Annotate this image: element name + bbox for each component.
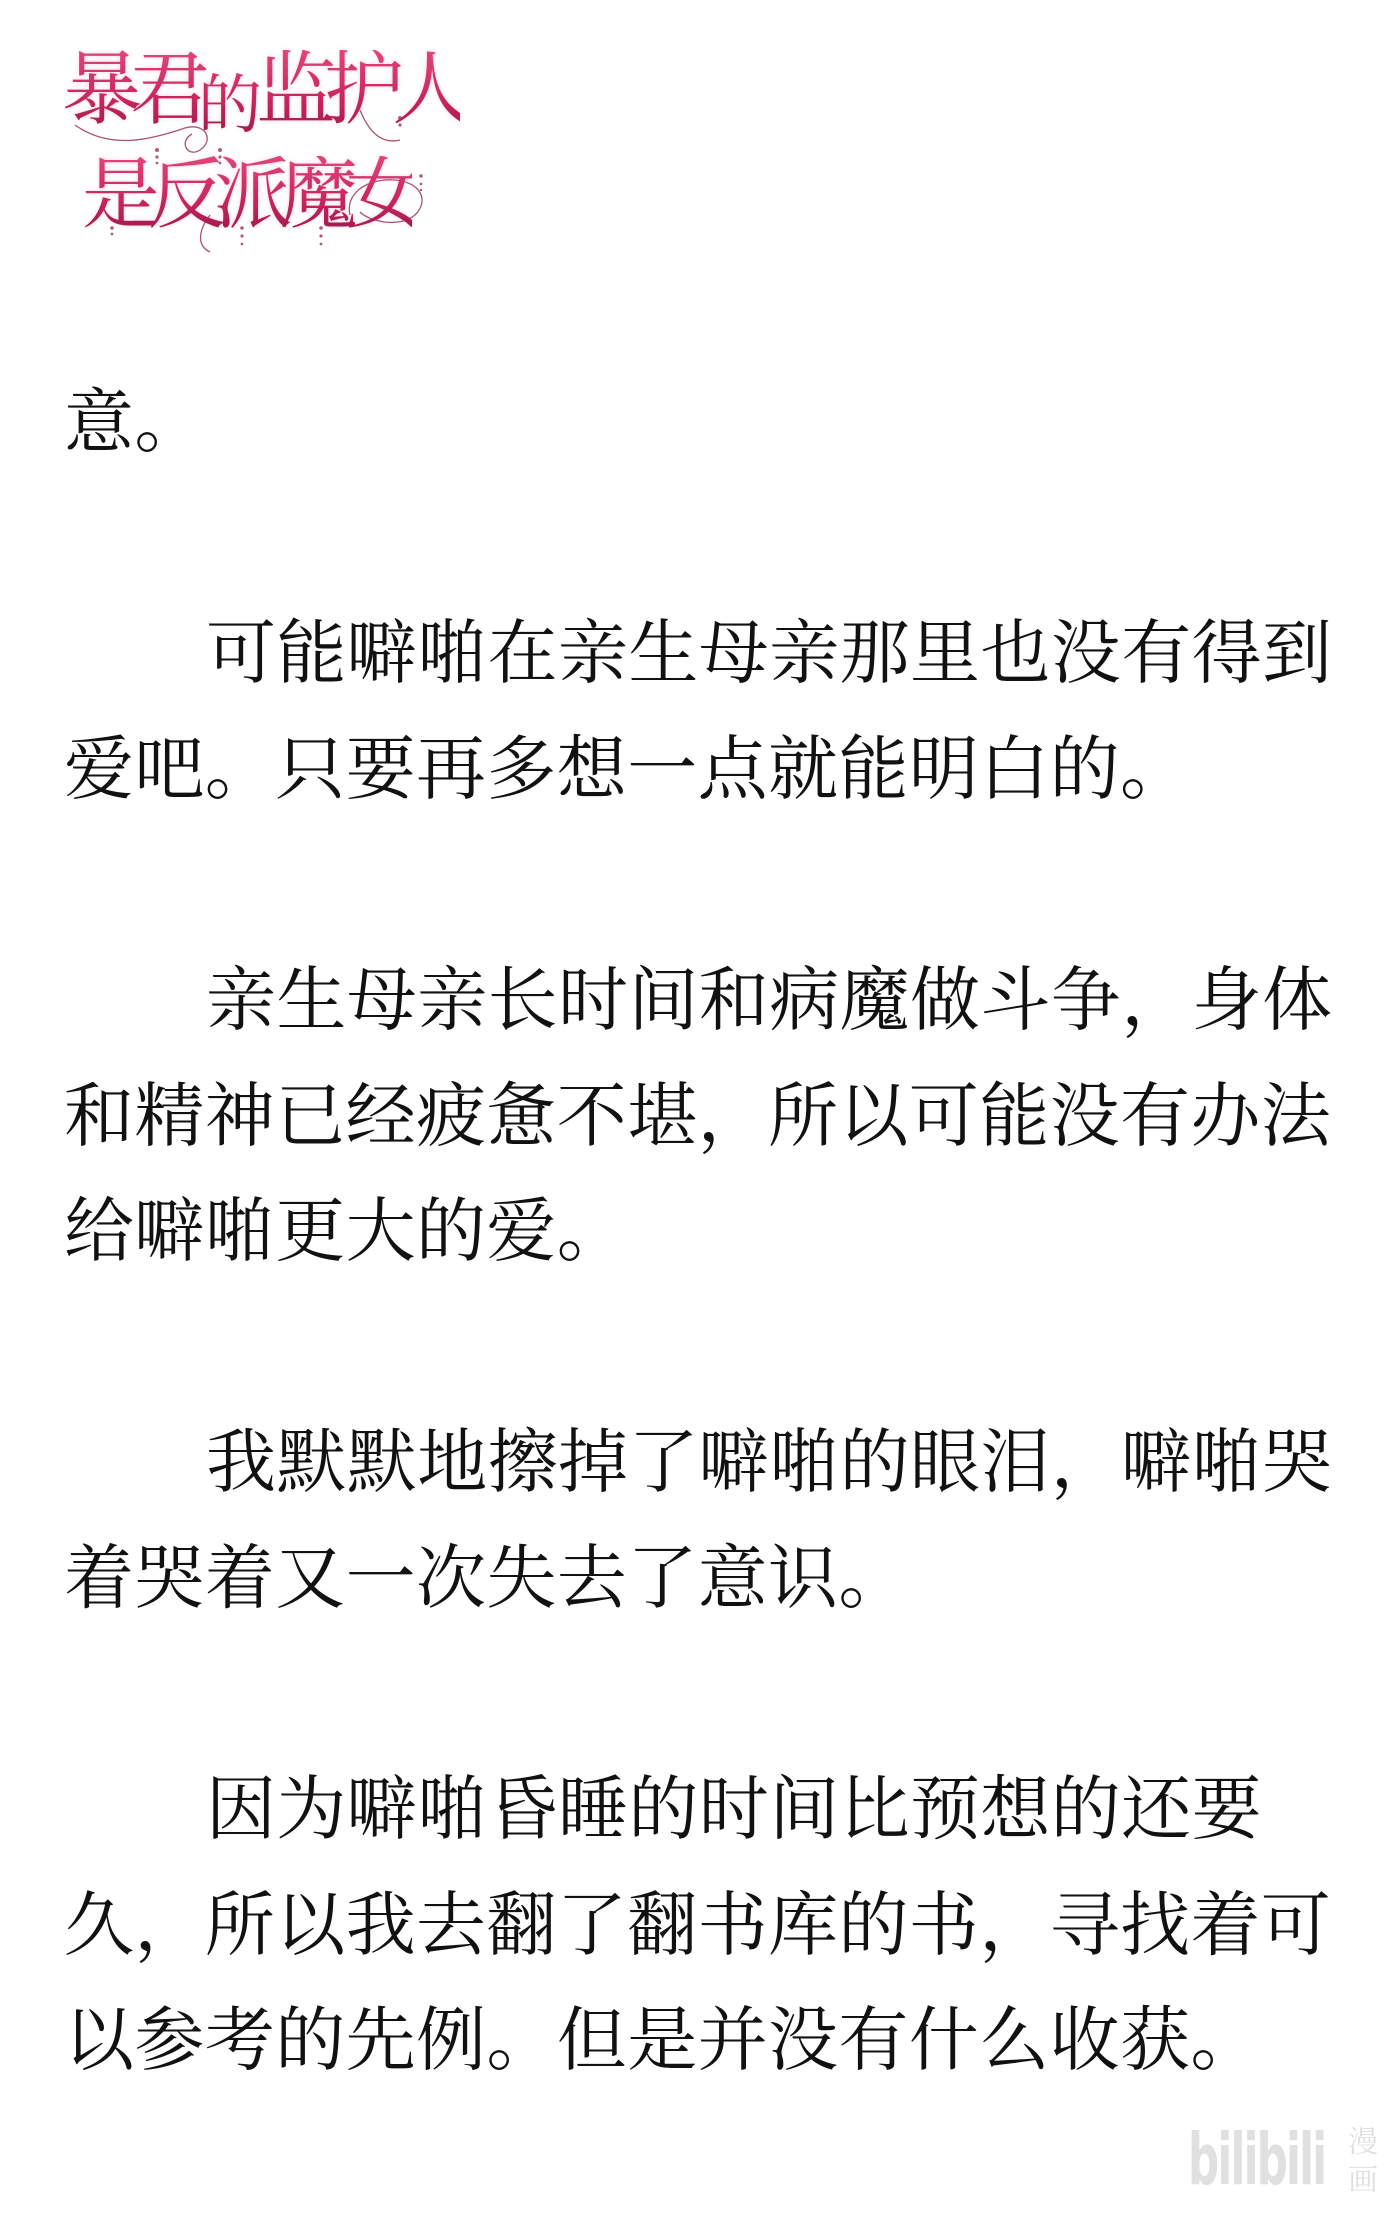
logo-text: 监护人 [256, 43, 460, 136]
watermark-brand: bilibili [1188, 2124, 1325, 2195]
logo-text: 暴君 [62, 43, 198, 136]
paragraph-line: 我默默地擦掉了噼啪的眼泪，噼啪哭 [64, 1405, 1364, 1521]
paragraph-line: 可能噼啪在亲生母亲那里也没有得到 [64, 596, 1364, 712]
bilibili-manga-watermark-icon: bilibili 漫 画 [1186, 2118, 1386, 2198]
paragraph-line: 亲生母亲长时间和病魔做斗争，身体 [64, 943, 1364, 1059]
paragraph: 意。 [64, 365, 1364, 481]
logo-title-line-2: 是反派魔女 [82, 156, 412, 234]
watermark-suffix-top: 漫 [1346, 2124, 1380, 2162]
paragraph: 因为噼啪昏睡的时间比预想的还要 久，所以我去翻了翻书库的书，寻找着可 以参考的先… [64, 1752, 1364, 2099]
logo-text-small: 的 [198, 69, 256, 143]
story-text: 意。 可能噼啪在亲生母亲那里也没有得到 爱吧。只要再多想一点就能明白的。 亲生母… [64, 365, 1364, 2099]
paragraph-line: 给噼啪更大的爱。 [64, 1174, 1364, 1290]
logo-title-line-1: 暴君的监护人 [62, 50, 460, 138]
paragraph: 亲生母亲长时间和病魔做斗争，身体 和精神已经疲惫不堪，所以可能没有办法 给噼啪更… [64, 943, 1364, 1290]
series-title-logo: 暴君的监护人 是反派魔女 [0, 0, 520, 270]
watermark-suffix-bottom: 画 [1346, 2162, 1380, 2200]
watermark-suffix: 漫 画 [1346, 2124, 1380, 2200]
paragraph-line: 和精神已经疲惫不堪，所以可能没有办法 [64, 1059, 1364, 1175]
paragraph-line: 以参考的先例。但是并没有什么收获。 [64, 1983, 1364, 2099]
paragraph: 我默默地擦掉了噼啪的眼泪，噼啪哭 着哭着又一次失去了意识。 [64, 1405, 1364, 1636]
paragraph-line: 因为噼啪昏睡的时间比预想的还要 [64, 1752, 1364, 1868]
paragraph-line: 着哭着又一次失去了意识。 [64, 1521, 1364, 1637]
paragraph: 可能噼啪在亲生母亲那里也没有得到 爱吧。只要再多想一点就能明白的。 [64, 596, 1364, 827]
paragraph-line: 意。 [64, 365, 1364, 481]
paragraph-line: 爱吧。只要再多想一点就能明白的。 [64, 712, 1364, 828]
paragraph-line: 久，所以我去翻了翻书库的书，寻找着可 [64, 1868, 1364, 1984]
